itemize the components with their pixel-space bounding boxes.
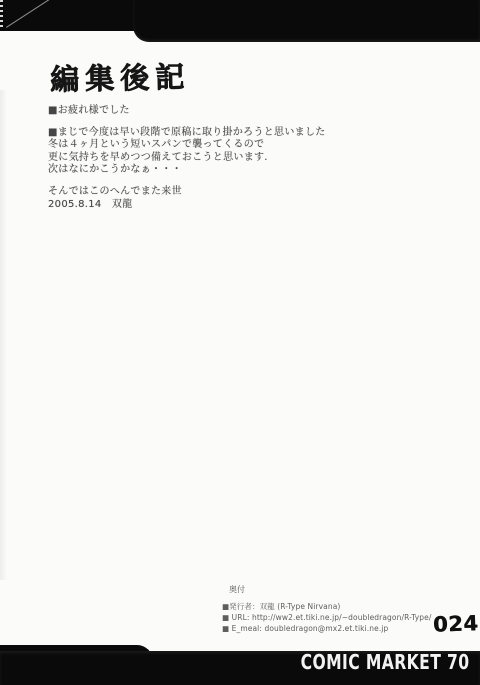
- colophon-label: 奥付: [229, 584, 431, 595]
- afterword-line: 次はなにかこうかなぁ・・・: [48, 164, 326, 177]
- event-banner-text: COMIC MARKET 70: [301, 650, 470, 674]
- afterword-greeting: ■お疲れ様でした: [48, 105, 326, 118]
- publisher-line: ■発行者：双龍 (R-Type Nirvana): [222, 601, 431, 612]
- paragraph-gap: [48, 118, 326, 127]
- url-line: ■ URL: http://ww2.et.tiki.ne.jp/~doubled…: [222, 612, 431, 623]
- afterword-line: 冬は４ヶ月という短いスパンで襲ってくるので: [48, 139, 326, 152]
- afterword-line: 更に気持ちを早めつつ備えておこうと思います.: [48, 152, 326, 165]
- scan-edge-shadow: [0, 90, 7, 580]
- closing-line: そんではこのへんでまた来世: [48, 186, 326, 199]
- scanned-doujinshi-page: 編集後記 ■お疲れ様でした ■まじで今度は早い段階で原稿に取り掛かろうと思いまし…: [0, 0, 480, 685]
- page-title: 編集後記: [50, 55, 191, 99]
- date-signature-line: 2005.8.14 双龍: [48, 199, 326, 212]
- page-number: 024: [433, 611, 479, 637]
- paragraph-gap: [48, 177, 326, 187]
- afterword-text: ■お疲れ様でした ■まじで今度は早い段階で原稿に取り掛かろうと思いました 冬は４…: [48, 105, 326, 211]
- scan-edge-artifact: [0, 0, 3, 30]
- colophon: 奥付 ■発行者：双龍 (R-Type Nirvana) ■ URL: http:…: [222, 584, 431, 634]
- afterword-line: ■まじで今度は早い段階で原稿に取り掛かろうと思いました: [48, 127, 326, 140]
- top-border-bar-right: [133, 0, 480, 42]
- email-line: ■ E_meal: doubledragon@mx2.et.tiki.ne.jp: [222, 623, 431, 634]
